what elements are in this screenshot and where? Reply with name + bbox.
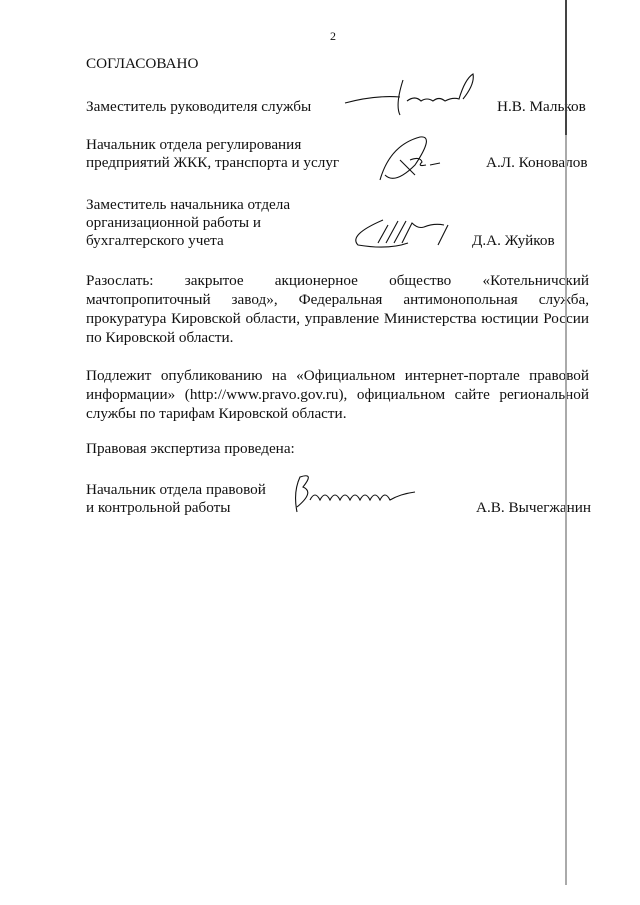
signatory-2-title-line2: предприятий ЖКК, транспорта и услуг [86,154,339,172]
signature-3-icon [348,215,468,255]
scan-artifact-line [565,135,567,885]
signatory-1-name: Н.В. Мальков [497,98,586,116]
signatory-2-title-line1: Начальник отдела регулирования [86,136,301,154]
page-number: 2 [330,29,336,44]
signatory-2-name: А.Л. Коновалов [486,154,588,172]
legal-signatory-title-line2: и контрольной работы [86,499,231,517]
signatory-3-name: Д.А. Жуйков [472,232,555,250]
scan-artifact-line [565,0,567,135]
signatory-1-title: Заместитель руководителя службы [86,98,311,116]
signature-1-icon [345,75,495,120]
legal-review-label: Правовая экспертиза проведена: [86,440,295,458]
signatory-3-title-line2: организационной работы и [86,214,261,232]
publication-paragraph: Подлежит опубликованию на «Официальном и… [86,366,589,423]
distribution-paragraph: Разослать: закрытое акционерное общество… [86,271,589,347]
legal-signatory-name: А.В. Вычегжанин [476,499,591,517]
signature-2-icon [375,135,455,190]
signatory-3-title-line3: бухгалтерского учета [86,232,224,250]
signature-4-icon [285,472,445,517]
legal-signatory-title-line1: Начальник отдела правовой [86,481,266,499]
approval-heading: СОГЛАСОВАНО [86,55,198,73]
signatory-3-title-line1: Заместитель начальника отдела [86,196,290,214]
